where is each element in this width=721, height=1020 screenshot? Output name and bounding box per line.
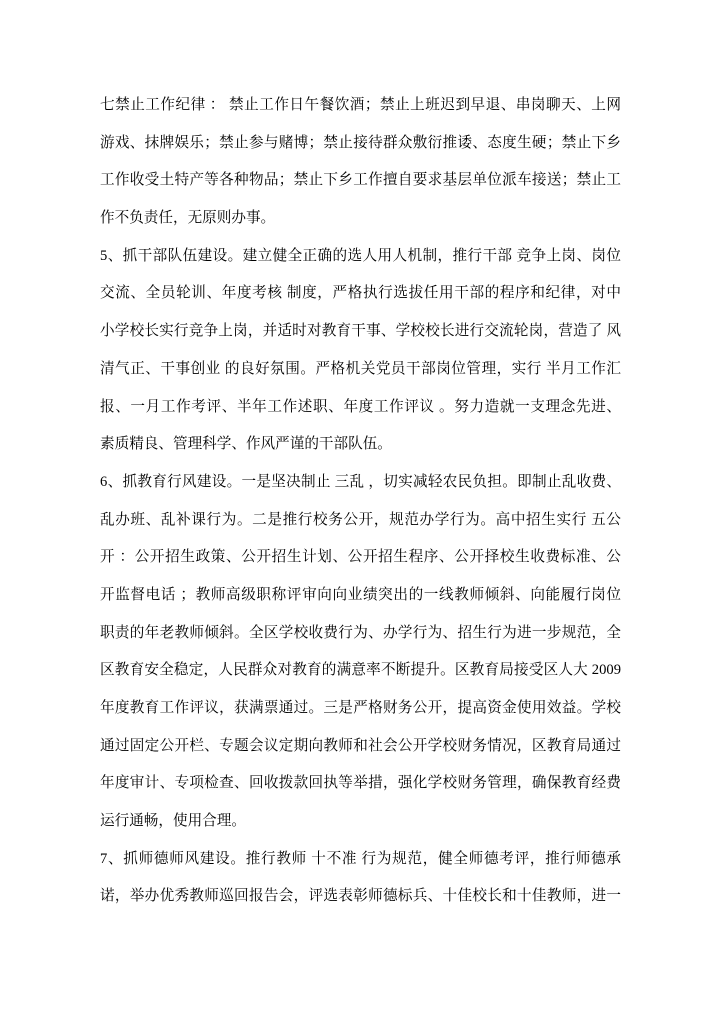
text-line: 年度教育工作评议，获满票通过。三是严格财务公开，提高资金使用效益。学校	[100, 690, 621, 728]
document-body: 七禁止工作纪律 ： 禁止工作日午餐饮酒；禁止上班迟到早退、串岗聊天、上网游戏、抹…	[100, 87, 621, 916]
text-line: 区教育安全稳定，人民群众对教育的满意率不断提升。区教育局接受区人大 2009	[100, 652, 621, 690]
text-line: 职责的年老教师倾斜。全区学校收费行为、办学行为、招生行为进一步规范，全	[100, 615, 621, 653]
text-line: 报、一月工作考评、半年工作述职、年度工作评议 。努力造就一支理念先进、	[100, 389, 621, 427]
text-line: 通过固定公开栏、专题会议定期向教师和社会公开学校财务情况，区教育局通过	[100, 728, 621, 766]
text-line: 开 ：公开招生政策、公开招生计划、公开招生程序、公开择校生收费标准、公	[100, 539, 621, 577]
text-line: 运行通畅，使用合理。	[100, 803, 621, 841]
text-line: 作不负责任，无原则办事。	[100, 200, 621, 238]
text-line: 清气正、干事创业 的良好氛围。严格机关党员干部岗位管理，实行 半月工作汇	[100, 351, 621, 389]
text-line: 素质精良、管理科学、作风严谨的干部队伍。	[100, 426, 621, 464]
text-line: 5、抓干部队伍建设。建立健全正确的选人用人机制，推行干部 竞争上岗、岗位	[100, 238, 621, 276]
text-line: 乱办班、乱补课行为。二是推行校务公开，规范办学行为。高中招生实行 五公	[100, 502, 621, 540]
text-line: 游戏、抹牌娱乐；禁止参与赌博；禁止接待群众敷衍推诿、态度生硬；禁止下乡	[100, 125, 621, 163]
text-line: 7、抓师德师风建设。推行教师 十不准 行为规范，健全师德考评，推行师德承	[100, 841, 621, 879]
text-line: 交流、全员轮训、年度考核 制度，严格执行选拔任用干部的程序和纪律，对中	[100, 275, 621, 313]
text-line: 年度审计、专项检查、回收拨款回执等举措，强化学校财务管理，确保教育经费	[100, 765, 621, 803]
text-line: 七禁止工作纪律 ： 禁止工作日午餐饮酒；禁止上班迟到早退、串岗聊天、上网	[100, 87, 621, 125]
text-line: 小学校长实行竞争上岗，并适时对教育干事、学校校长进行交流轮岗，营造了 风	[100, 313, 621, 351]
text-line: 工作收受土特产等各种物品；禁止下乡工作擅自要求基层单位派车接送；禁止工	[100, 162, 621, 200]
text-line: 诺，举办优秀教师巡回报告会，评选表彰师德标兵、十佳校长和十佳教师，进一	[100, 878, 621, 916]
document-page: 七禁止工作纪律 ： 禁止工作日午餐饮酒；禁止上班迟到早退、串岗聊天、上网游戏、抹…	[0, 0, 721, 1020]
text-line: 6、抓教育行风建设。一是坚决制止 三乱 ，切实减轻农民负担。即制止乱收费、	[100, 464, 621, 502]
text-line: 开监督电话 ；教师高级职称评审向向业绩突出的一线教师倾斜、向能履行岗位	[100, 577, 621, 615]
